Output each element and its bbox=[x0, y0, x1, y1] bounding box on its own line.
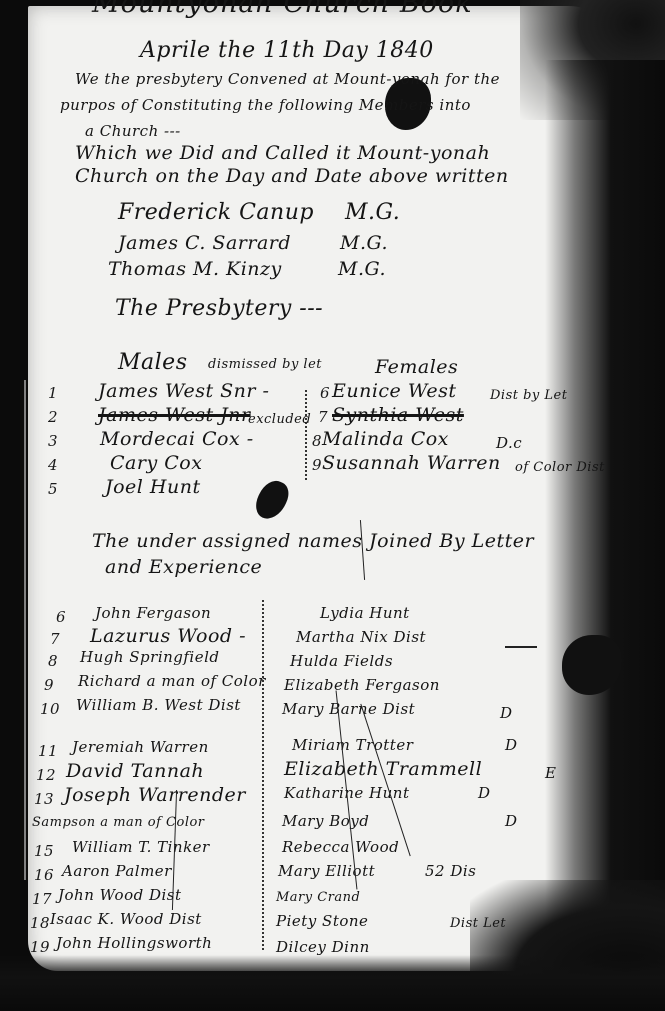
member-note: D bbox=[478, 784, 491, 802]
joined-male-member: Jeremiah Warren bbox=[72, 738, 209, 756]
member-number: 18 bbox=[30, 914, 50, 932]
member-number: 2 bbox=[48, 408, 58, 426]
joined-female-member: Lydia Hunt bbox=[320, 604, 410, 622]
joined-female-member: Mary Barne Dist bbox=[282, 700, 415, 718]
member-note: D bbox=[505, 736, 518, 754]
founding-female-member: Eunice West bbox=[332, 380, 456, 402]
joined-male-member: William B. West Dist bbox=[76, 696, 241, 714]
member-note: of Color Dist bbox=[515, 460, 605, 475]
joined-heading-line: The under assigned names Joined By Lette… bbox=[92, 530, 534, 552]
member-number: 15 bbox=[34, 842, 54, 860]
joined-male-member: Joseph Warrender bbox=[64, 784, 246, 806]
founding-male-member: James West Jnr bbox=[98, 404, 251, 426]
document-header: Mountyonah Church Book bbox=[92, 0, 473, 19]
preamble-line: a Church --- bbox=[85, 122, 181, 140]
member-number: 6 bbox=[56, 608, 66, 626]
joined-male-member: Sampson a man of Color bbox=[32, 815, 205, 830]
member-number: 13 bbox=[34, 790, 54, 808]
males-header: Males bbox=[118, 350, 188, 375]
joined-female-member: Hulda Fields bbox=[290, 652, 393, 670]
founding-female-member: Susannah Warren bbox=[322, 452, 501, 474]
member-number: 11 bbox=[38, 742, 58, 760]
preamble-line: We the presbytery Convened at Mount-yona… bbox=[75, 70, 500, 88]
presbytery-member-name: Frederick Canup bbox=[118, 200, 314, 225]
joined-male-member: Richard a man of Color bbox=[78, 672, 266, 690]
member-note: E bbox=[545, 764, 556, 782]
joined-male-member: Isaac K. Wood Dist bbox=[50, 910, 202, 928]
presbytery-label: The Presbytery --- bbox=[115, 296, 323, 321]
member-note: D.c bbox=[496, 434, 522, 452]
joined-male-member: John Fergason bbox=[95, 604, 211, 622]
joined-male-member: David Tannah bbox=[66, 760, 204, 782]
joined-male-member: Aaron Palmer bbox=[62, 862, 172, 880]
females-header: Females bbox=[375, 356, 458, 378]
joined-female-member: Miriam Trotter bbox=[292, 736, 413, 754]
presbytery-member-name: Thomas M. Kinzy bbox=[108, 258, 282, 280]
joined-female-member: Rebecca Wood bbox=[282, 838, 399, 856]
founding-female-member: Malinda Cox bbox=[322, 428, 449, 450]
margin-rule bbox=[24, 380, 26, 880]
member-number: 3 bbox=[48, 432, 58, 450]
damage-bottom-edge bbox=[0, 955, 665, 1011]
member-note: D bbox=[500, 704, 513, 722]
founding-male-member: Mordecai Cox - bbox=[100, 428, 254, 450]
presbytery-member-title: M.G. bbox=[340, 232, 388, 254]
joined-female-member: Piety Stone bbox=[276, 912, 368, 930]
presbytery-member-title: M.G. bbox=[338, 258, 386, 280]
preamble-line: purpos of Constituting the following Mem… bbox=[60, 96, 471, 114]
member-number: 17 bbox=[32, 890, 52, 908]
damage-right-edge bbox=[545, 60, 665, 1011]
preamble-line: Church on the Day and Date above written bbox=[75, 165, 509, 187]
date-line: Aprile the 11th Day 1840 bbox=[140, 38, 434, 63]
member-number: 16 bbox=[34, 866, 54, 884]
column-separator bbox=[262, 600, 272, 950]
presbytery-member-name: James C. Sarrard bbox=[118, 232, 291, 254]
joined-female-member: Mary Elliott bbox=[278, 862, 375, 880]
joined-male-member: Lazurus Wood - bbox=[90, 625, 246, 647]
member-number: 1 bbox=[48, 384, 58, 402]
member-number: 12 bbox=[36, 766, 56, 784]
joined-female-member: Dilcey Dinn bbox=[276, 938, 370, 956]
founding-male-member: Cary Cox bbox=[110, 452, 202, 474]
member-number: 4 bbox=[48, 456, 58, 474]
scanned-document-page: Mountyonah Church Book Aprile the 11th D… bbox=[0, 0, 665, 1011]
member-note: excluded bbox=[248, 412, 311, 427]
males-note: dismissed by let bbox=[208, 357, 322, 372]
member-note: D bbox=[505, 812, 518, 830]
member-number: 19 bbox=[30, 938, 50, 956]
member-note: Dist by Let bbox=[490, 388, 567, 403]
member-number: 8 bbox=[312, 432, 322, 450]
presbytery-member-title: M.G. bbox=[345, 200, 400, 225]
joined-female-member: Mary Boyd bbox=[282, 812, 369, 830]
preamble-line: Which we Did and Called it Mount-yonah bbox=[75, 142, 490, 164]
joined-male-member: Hugh Springfield bbox=[80, 648, 220, 666]
member-number: 9 bbox=[312, 456, 322, 474]
joined-heading-line: and Experience bbox=[105, 556, 262, 578]
member-number: 7 bbox=[318, 408, 328, 426]
founding-male-member: James West Snr - bbox=[98, 380, 269, 402]
joined-male-member: John Hollingsworth bbox=[56, 934, 212, 952]
joined-female-member: Elizabeth Fergason bbox=[284, 676, 440, 694]
member-number: 7 bbox=[50, 630, 60, 648]
joined-female-member: Martha Nix Dist bbox=[296, 628, 426, 646]
founding-female-member: Synthia West bbox=[332, 404, 464, 426]
founding-male-member: Joel Hunt bbox=[105, 476, 201, 498]
member-number: 5 bbox=[48, 480, 58, 498]
member-note: Dist Let bbox=[450, 916, 506, 931]
dash-mark bbox=[505, 646, 537, 648]
member-note: 52 Dis bbox=[425, 862, 476, 880]
joined-female-member: Mary Crand bbox=[276, 890, 360, 905]
member-number: 6 bbox=[320, 384, 330, 402]
member-number: 10 bbox=[40, 700, 60, 718]
member-number: 9 bbox=[44, 676, 54, 694]
member-number: 8 bbox=[48, 652, 58, 670]
joined-male-member: William T. Tinker bbox=[72, 838, 210, 856]
joined-male-member: John Wood Dist bbox=[58, 886, 182, 904]
